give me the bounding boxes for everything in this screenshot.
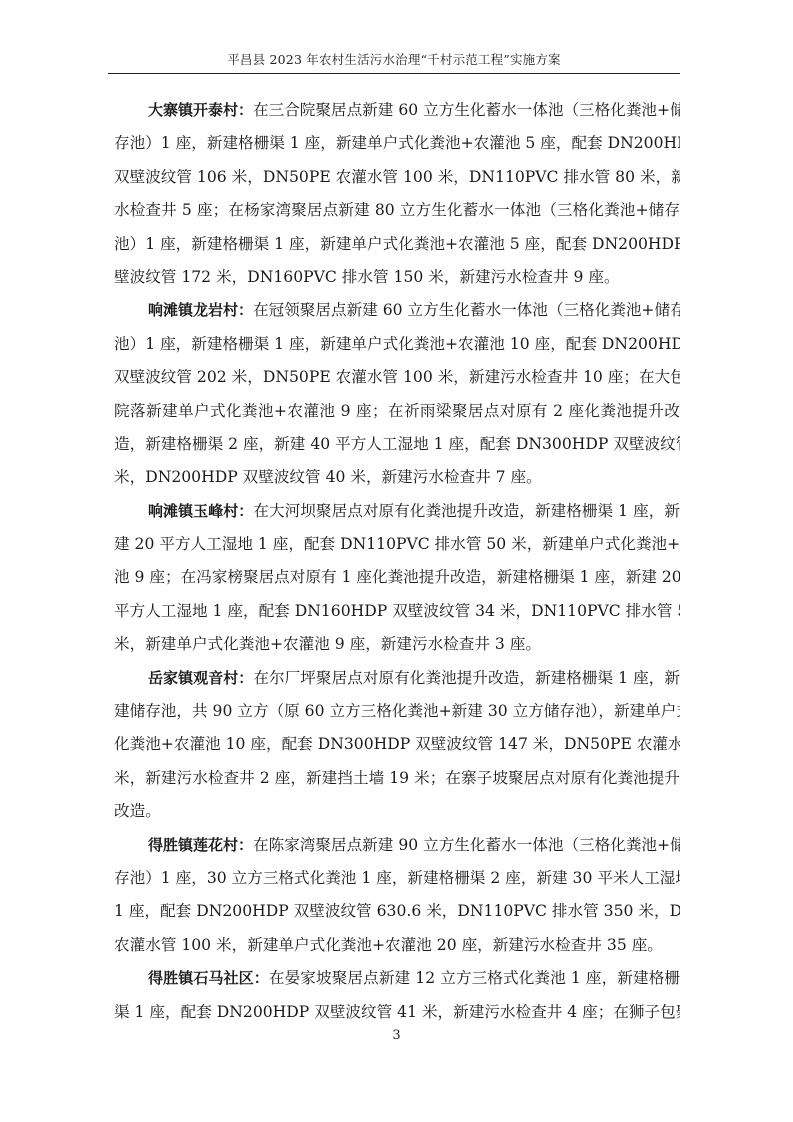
paragraph-desheng-lianhua: 得胜镇莲花村：在陈家湾聚居点新建 90 立方生化蓄水一体池（三格化粪池+储 存池… — [114, 829, 680, 963]
paragraph-desheng-shima: 得胜镇石马社区：在晏家坡聚居点新建 12 立方三格式化粪池 1 座，新建格栅 渠… — [114, 962, 680, 1029]
header-rule — [108, 73, 680, 74]
paragraph-dazhai-kaitai: 大寨镇开泰村：在三合院聚居点新建 60 立方生化蓄水一体池（三格化粪池+储 存池… — [114, 94, 680, 294]
paragraph-xiangtan-yufeng: 响滩镇玉峰村：在大河坝聚居点对原有化粪池提升改造，新建格栅渠 1 座，新 建 2… — [114, 495, 680, 662]
paragraph-lead: 得胜镇石马社区： — [148, 969, 269, 987]
paragraph-lead: 得胜镇莲花村： — [148, 836, 253, 854]
page-number: 3 — [0, 1028, 793, 1043]
paragraph-lead: 大寨镇开泰村： — [148, 101, 253, 119]
running-header: 平昌县 2023 年农村生活污水治理“千村示范工程”实施方案 — [108, 50, 680, 68]
paragraph-yuejia-guanyin: 岳家镇观音村：在尔厂坪聚居点对原有化粪池提升改造，新建格栅渠 1 座，新 建储存… — [114, 662, 680, 829]
paragraph-lead: 岳家镇观音村： — [148, 669, 253, 687]
paragraph-xiangtan-longyan: 响滩镇龙岩村：在冠领聚居点新建 60 立方生化蓄水一体池（三格化粪池+储存 池）… — [114, 294, 680, 494]
document-body: 大寨镇开泰村：在三合院聚居点新建 60 立方生化蓄水一体池（三格化粪池+储 存池… — [114, 94, 680, 1029]
paragraph-lead: 响滩镇龙岩村： — [148, 301, 253, 319]
paragraph-lead: 响滩镇玉峰村： — [148, 502, 253, 520]
